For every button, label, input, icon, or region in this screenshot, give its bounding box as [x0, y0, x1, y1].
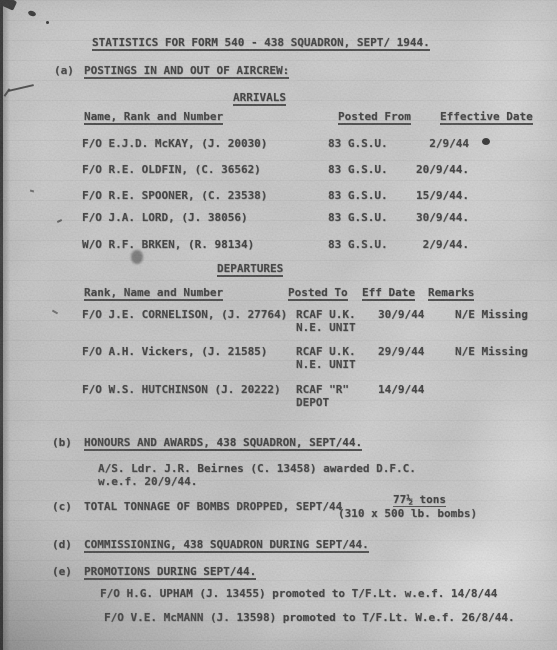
arrival-row-name: W/O R.F. BRKEN, (R. 98134)	[82, 238, 254, 251]
departure-row-posted-to: RCAF U.K.	[296, 345, 356, 358]
promotion-entry: F/O H.G. UPHAM (J. 13455) promoted to T/…	[100, 587, 497, 600]
arrivals-heading: ARRIVALS	[233, 91, 286, 104]
arrival-row-posted-from: 83 G.S.U.	[328, 211, 388, 224]
departures-col-remarks: Remarks	[428, 286, 474, 299]
arrival-row-date: 30/9/44.	[399, 211, 469, 224]
arrival-row-posted-from: 83 G.S.U.	[328, 189, 388, 202]
section-c-heading: TOTAL TONNAGE OF BOMBS DROPPED, SEPT/44	[84, 500, 342, 513]
section-e-label: (e)	[52, 565, 72, 578]
section-b-heading: HONOURS AND AWARDS, 438 SQUADRON, SEPT/4…	[84, 436, 362, 449]
scanned-document-page: STATISTICS FOR FORM 540 - 438 SQUADRON, …	[0, 0, 557, 650]
departure-row-posted-to-line2: N.E. UNIT	[296, 321, 356, 334]
departure-row-remarks: N/E Missing	[455, 345, 528, 358]
arrival-row-name: F/O R.E. OLDFIN, (C. 36562)	[82, 163, 261, 176]
section-d-heading: COMMISSIONING, 438 SQUADRON DURING SEPT/…	[84, 538, 369, 551]
departure-row-posted-to: RCAF U.K.	[296, 308, 356, 321]
arrival-row-name: F/O E.J.D. McKAY, (J. 20030)	[82, 137, 267, 150]
departure-row-posted-to-line2: DEPOT	[296, 396, 329, 409]
arrival-row-name: F/O R.E. SPOONER, (C. 23538)	[82, 189, 267, 202]
arrival-row-date: 15/9/44.	[399, 189, 469, 202]
departure-row-eff-date: 14/9/44	[378, 383, 424, 396]
departure-row-name: F/O W.S. HUTCHINSON (J. 20222)	[82, 383, 281, 396]
arrival-row-posted-from: 83 G.S.U.	[328, 163, 388, 176]
departures-heading: DEPARTURES	[217, 262, 283, 275]
document-title: STATISTICS FOR FORM 540 - 438 SQUADRON, …	[92, 36, 430, 49]
section-a-heading: POSTINGS IN AND OUT OF AIRCREW:	[84, 64, 289, 77]
section-d-label: (d)	[52, 538, 72, 551]
section-b-body-line2: w.e.f. 20/9/44.	[98, 475, 197, 488]
arrival-row-posted-from: 83 G.S.U.	[328, 238, 388, 251]
arrivals-col-effective-date: Effective Date	[440, 110, 533, 123]
section-a-label: (a)	[54, 64, 74, 77]
arrivals-col-posted-from: Posted From	[338, 110, 411, 123]
arrival-row-date: 20/9/44.	[399, 163, 469, 176]
departures-col-name: Rank, Name and Number	[84, 286, 223, 299]
section-b-label: (b)	[52, 436, 72, 449]
arrival-row-name: F/O J.A. LORD, (J. 38056)	[82, 211, 248, 224]
departure-row-name: F/O J.E. CORNELISON, (J. 27764)	[82, 308, 287, 321]
section-c-detail: (310 x 500 lb. bombs)	[338, 507, 477, 520]
arrivals-col-name: Name, Rank and Number	[84, 110, 223, 123]
arrival-row-posted-from: 83 G.S.U.	[328, 137, 388, 150]
arrival-row-date: 2/9/44.	[399, 238, 469, 251]
departure-row-posted-to-line2: N.E. UNIT	[296, 358, 356, 371]
departure-row-posted-to: RCAF "R"	[296, 383, 349, 396]
departure-row-name: F/O A.H. Vickers, (J. 21585)	[82, 345, 267, 358]
departure-row-eff-date: 30/9/44	[378, 308, 424, 321]
document-text-layer: STATISTICS FOR FORM 540 - 438 SQUADRON, …	[0, 0, 557, 650]
section-e-heading: PROMOTIONS DURING SEPT/44.	[84, 565, 256, 578]
section-c-tonnage: 77½ tons	[393, 493, 446, 506]
section-b-body-line1: A/S. Ldr. J.R. Beirnes (C. 13458) awarde…	[98, 462, 416, 475]
departure-row-eff-date: 29/9/44	[378, 345, 424, 358]
departure-row-remarks: N/E Missing	[455, 308, 528, 321]
departures-col-posted-to: Posted To	[288, 286, 348, 299]
departures-col-eff-date: Eff Date	[362, 286, 415, 299]
promotion-entry: F/O V.E. McMANN (J. 13598) promoted to T…	[104, 611, 515, 624]
section-c-label: (c)	[52, 500, 72, 513]
arrival-row-date: 2/9/44	[399, 137, 469, 150]
